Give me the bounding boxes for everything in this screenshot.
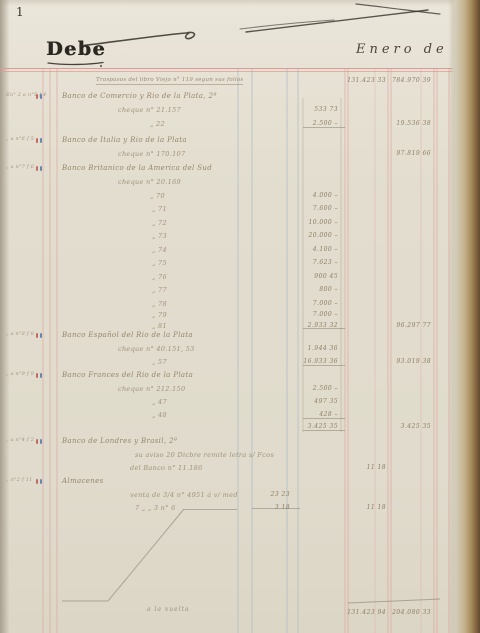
entry-detail-line: „ 70 — [150, 192, 165, 200]
opening-col2-amount: 784.970 39 — [389, 77, 431, 84]
margin-tick-red — [36, 439, 38, 444]
column2-amount: 97.819 66 — [389, 150, 431, 157]
entry-account-title: Banco Britanico de la America del Sud — [62, 164, 212, 172]
pencil-sub-amount: 4.100 – — [296, 246, 338, 253]
pencil-sub-amount: 4.000 – — [296, 192, 338, 199]
ledger-page: 1 Debe Enero de a la vuelta Traspasos de… — [0, 0, 480, 633]
entry-detail-line: 7 „ „ 3 n° 6 — [135, 504, 176, 512]
column2-amount: 93.019 38 — [389, 358, 431, 365]
entry-detail-line: cheque n° 20.169 — [118, 178, 181, 186]
totals-rule — [348, 599, 440, 603]
entry-detail-line: cheque n° 21.157 — [118, 106, 181, 114]
column2-amount: 96.297 77 — [389, 322, 431, 329]
entry-detail-line: cheque n° 170.107 — [118, 150, 185, 158]
margin-tick-blue — [40, 94, 42, 99]
column1-amount: 11 18 — [346, 464, 386, 471]
entry-margin-note: „ a n°6 f 5 — [6, 136, 34, 142]
pencil-sub-amount: 23 23 — [250, 491, 290, 498]
entry-detail-line: „ 77 — [152, 286, 167, 294]
pencil-sum-rule — [303, 430, 345, 431]
column1-amount: 11 18 — [346, 504, 386, 511]
entry-detail-line: „ 73 — [152, 232, 167, 240]
debe-period-dot — [100, 65, 102, 67]
margin-tick-blue — [40, 138, 42, 143]
opening-col1-amount: 131.423 33 — [346, 77, 386, 84]
pencil-sub-amount: 7.000 – — [296, 300, 338, 307]
debe-underline — [48, 63, 103, 65]
entry-margin-note: „ a n°7 f 6 — [6, 164, 34, 170]
entry-account-title: Banco Frances del Rio de la Plata — [62, 371, 193, 379]
margin-tick-red — [36, 333, 38, 338]
book-binding-edge — [450, 0, 480, 633]
entry-detail-line: „ 47 — [152, 398, 167, 406]
entry-detail-line: cheque n° 212.150 — [118, 385, 185, 393]
entry-detail-line: del Banco n° 11.186 — [130, 464, 203, 472]
pencil-sub-amount: 2.500 – — [296, 120, 338, 127]
entry-detail-line: „ 79 — [152, 311, 167, 319]
column2-amount: 3.425 35 — [389, 423, 431, 430]
entry-detail-line: „ 75 — [152, 259, 167, 267]
pencil-sub-amount: 1.944 36 — [296, 345, 338, 352]
entry-detail-line: „ 81 — [152, 322, 167, 330]
ink-flourish-left — [80, 32, 194, 46]
entry-detail-line: cheque n° 40.151, 53 — [118, 345, 195, 353]
entry-account-title: Banco de Italia y Rio de la Plata — [62, 136, 187, 144]
margin-tick-blue — [40, 439, 42, 444]
entry-account-title: Banco de Londres y Brasil, 2ª — [62, 437, 178, 445]
entry-detail-line: „ 74 — [152, 246, 167, 254]
pencil-sum-rule — [184, 509, 237, 510]
pencil-sub-amount: 3.425 35 — [296, 423, 338, 430]
pencil-sum-rule — [252, 508, 300, 509]
margin-tick-red — [36, 479, 38, 484]
margin-tick-blue — [40, 479, 42, 484]
margin-tick-red — [36, 373, 38, 378]
pencil-sub-amount: 20.000 – — [296, 232, 338, 239]
pencil-sub-amount: 533 73 — [296, 106, 338, 113]
carry-forward-line — [62, 509, 184, 601]
entry-account-title: Almacenes — [62, 477, 104, 485]
pencil-sub-amount: 2.500 – — [296, 385, 338, 392]
pencil-sub-amount: 16.933 36 — [296, 358, 338, 365]
entry-detail-line: venta de 3/4 n° 4951 á v/ med — [130, 491, 238, 499]
entry-detail-line: „ 48 — [152, 411, 167, 419]
pencil-sub-amount: 900 45 — [296, 273, 338, 280]
entry-account-title: Banco de Comercio y Rio de la Plata, 2ª — [62, 92, 217, 100]
margin-tick-red — [36, 138, 38, 143]
pencil-sub-amount: 10.000 – — [296, 219, 338, 226]
margin-tick-blue — [40, 373, 42, 378]
pencil-sub-amount: 497 35 — [296, 398, 338, 405]
margin-tick-blue — [40, 333, 42, 338]
ink-flourish-right-a — [246, 10, 428, 32]
entry-detail-line: „ 72 — [152, 219, 167, 227]
pencil-sum-rule — [303, 127, 345, 128]
entry-detail-line: „ 22 — [150, 120, 165, 128]
entry-detail-line: „ 57 — [152, 358, 167, 366]
pencil-sub-amount: 428 – — [296, 411, 338, 418]
margin-tick-red — [36, 166, 38, 171]
entry-detail-line: „ 76 — [152, 273, 167, 281]
margin-tick-blue — [40, 166, 42, 171]
pencil-sub-amount: 800 – — [296, 286, 338, 293]
entry-margin-note: „ a n°8 f 8 — [6, 331, 34, 337]
total-col2-amount: 204.080 33 — [389, 609, 431, 616]
entry-margin-note: „ n°2 f 11 — [6, 477, 32, 483]
entry-detail-line: su aviso 20 Dicbre remite letra s/ Fcos — [135, 451, 274, 459]
pencil-sub-amount: 7.600 – — [296, 205, 338, 212]
entry-margin-note: „ a n°4 f 2 — [6, 437, 34, 443]
entry-account-title: Banco Español del Rio de la Plata — [62, 331, 193, 339]
pencil-sum-rule — [303, 418, 345, 419]
margin-tick-red — [36, 94, 38, 99]
ink-flourish-right-b — [356, 4, 440, 14]
column2-amount: 19.536 38 — [389, 120, 431, 127]
pencil-sum-rule — [303, 365, 345, 366]
entry-detail-line: „ 78 — [152, 300, 167, 308]
pencil-sub-amount: 7.000 – — [296, 311, 338, 318]
entry-detail-line: „ 71 — [152, 205, 167, 213]
entry-margin-note: „ a n°9 f 9 — [6, 371, 34, 377]
total-col1-amount: 131.423 94 — [346, 609, 386, 616]
pencil-sub-amount: 7.623 – — [296, 259, 338, 266]
pencil-sum-rule — [303, 328, 345, 329]
opening-transfer-label: Traspasos del libro Viejo n° 119 segun s… — [96, 77, 243, 85]
